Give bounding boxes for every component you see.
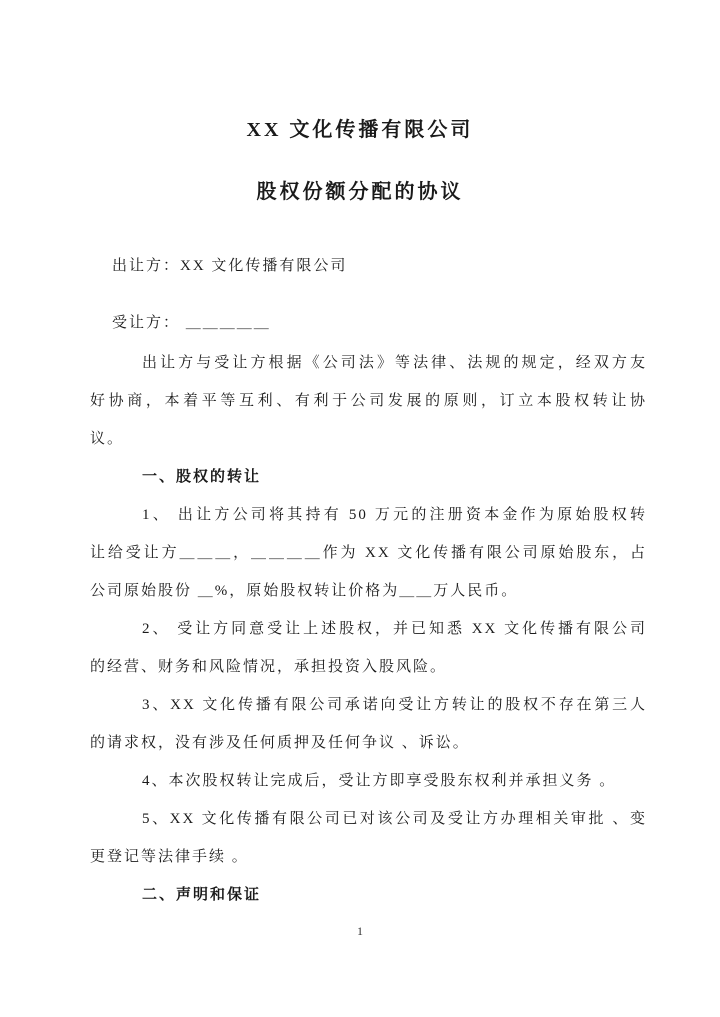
transferor-line: 出让方：XX 文化传播有限公司	[90, 247, 647, 285]
section-1-heading: 一、股权的转让	[90, 458, 647, 496]
clause-3-line-1: 3、XX 文化传播有限公司承诺向受让方转让的股权不存在第三人	[90, 686, 647, 724]
document-body: 出让方：XX 文化传播有限公司 受让方： ＿＿＿＿＿ 出让方与受让方根据《公司法…	[90, 247, 647, 914]
intro-line-2: 好协商，本着平等互利、有利于公司发展的原则，订立本股权转让协	[90, 382, 647, 420]
document-page: XX 文化传播有限公司 股权份额分配的协议 出让方：XX 文化传播有限公司 受让…	[0, 0, 720, 1017]
clause-2-line-1: 2、 受让方同意受让上述股权，并已知悉 XX 文化传播有限公司	[90, 610, 647, 648]
clause-4-line-1: 4、本次股权转让完成后，受让方即享受股东权利并承担义务 。	[90, 762, 647, 800]
intro-line-3: 议。	[90, 420, 647, 458]
section-2-heading: 二、声明和保证	[90, 876, 647, 914]
clause-1-line-3: 公司原始股份 ＿%，原始股权转让价格为＿＿万人民币。	[90, 572, 647, 610]
intro-line-1: 出让方与受让方根据《公司法》等法律、法规的规定，经双方友	[90, 344, 647, 382]
page-number: 1	[0, 923, 720, 939]
clause-1-line-1: 1、 出让方公司将其持有 50 万元的注册资本金作为原始股权转	[90, 496, 647, 534]
transferee-line: 受让方： ＿＿＿＿＿	[90, 304, 647, 342]
clause-2-line-2: 的经营、财务和风险情况，承担投资入股风险。	[90, 648, 647, 686]
document-title: XX 文化传播有限公司	[0, 0, 720, 142]
clause-5-line-2: 更登记等法律手续 。	[90, 838, 647, 876]
clause-5-line-1: 5、XX 文化传播有限公司已对该公司及受让方办理相关审批 、变	[90, 800, 647, 838]
clause-1-line-2: 让给受让方＿＿＿，＿＿＿＿作为 XX 文化传播有限公司原始股东，占	[90, 534, 647, 572]
document-subtitle: 股权份额分配的协议	[0, 180, 720, 204]
clause-3-line-2: 的请求权，没有涉及任何质押及任何争议 、诉讼。	[90, 724, 647, 762]
